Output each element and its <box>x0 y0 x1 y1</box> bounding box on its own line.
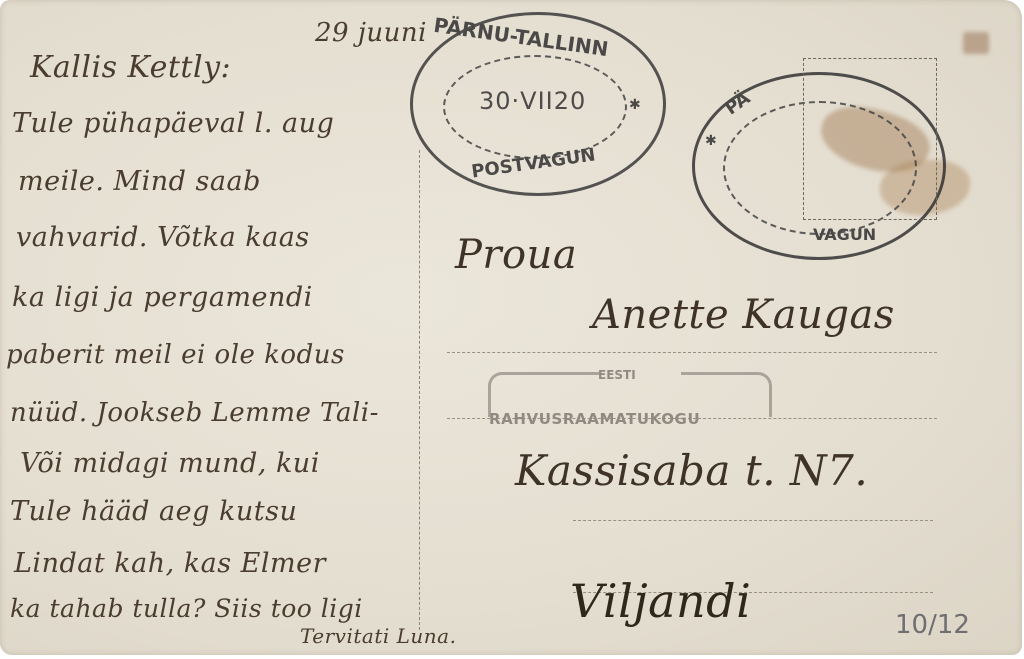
message-line: nüüd. Jookseb Lemme Tali- <box>10 398 379 428</box>
postcard: 29 juuni Kallis Kettly: Tule pühapäeval … <box>0 0 1022 655</box>
postmark-date: 30·VII20 <box>479 87 586 115</box>
postmark-star: ✱ <box>705 133 717 149</box>
message-line: ka tahab tulla? Siis too ligi <box>10 594 363 623</box>
message-date: 29 juuni <box>315 18 427 48</box>
address-street: Kassisaba t. N7. <box>515 446 868 495</box>
message-line: Lindat kah, kas Elmer <box>14 548 326 579</box>
pencil-note: 10/12 <box>895 610 970 640</box>
message-line: Tule pühapäeval l. aug <box>12 108 334 139</box>
postmark: PÄRNU-TALLINN 30·VII20 ✱ POSTVAGUN <box>410 12 666 196</box>
library-stamp-top: EESTI <box>598 368 636 382</box>
message-line: paberit meil ei ole kodus <box>6 340 345 370</box>
signature: Tervitati Luna. <box>300 624 456 648</box>
corner-stain <box>963 32 989 54</box>
message-line: meile. Mind saab <box>18 166 261 197</box>
postmark-star: ✱ <box>629 97 641 113</box>
message-line: vahvarid. Võtka kaas <box>16 222 310 253</box>
message-line: Tule hääd aeg kutsu <box>10 496 297 527</box>
postmark-type: VAGUN <box>813 225 876 244</box>
library-stamp-name: RAHVUSRAAMATUKOGU <box>489 410 700 428</box>
message-line: ka ligi ja pergamendi <box>12 282 313 313</box>
postmark-route: PÄ <box>721 88 754 120</box>
postmark-route: PÄRNU-TALLINN <box>432 13 610 61</box>
address-city: Viljandi <box>570 574 751 628</box>
address-line <box>447 352 937 353</box>
card-divider <box>419 150 420 630</box>
message-line: Või midagi mund, kui <box>20 448 320 479</box>
address-salutation: Proua <box>455 232 577 278</box>
stamp-box <box>803 58 937 220</box>
address-line <box>573 520 933 521</box>
message-line: Kallis Kettly: <box>30 50 231 85</box>
address-name: Anette Kaugas <box>592 292 895 338</box>
